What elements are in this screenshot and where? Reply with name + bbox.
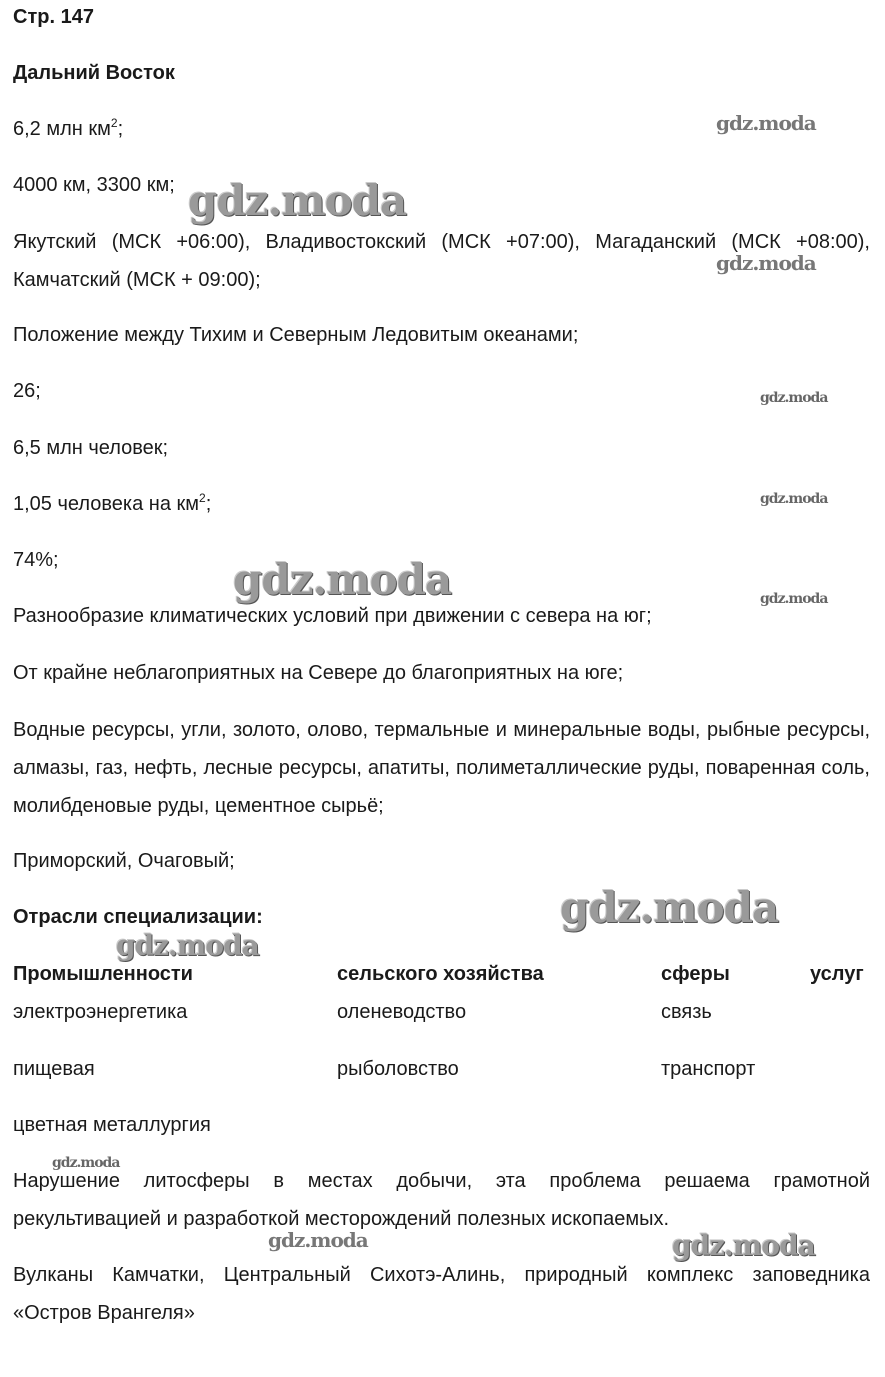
watermark: gdz.moda [760,591,827,607]
answer-position: Положение между Тихим и Северным Ледовит… [13,321,578,349]
answer-conditions: От крайне неблагоприятных на Севере до б… [13,659,623,687]
watermark: gdz.moda [760,390,827,406]
answer-subjects-count: 26; [13,377,41,405]
header-industry: Промышленности [13,960,193,988]
answer-area: 6,2 млн км2; [13,115,123,143]
watermark: gdz.moda [233,555,451,604]
answer-population: 6,5 млн человек; [13,434,168,462]
answer-sights: Вулканы Камчатки, Центральный Сихотэ-Али… [13,1256,870,1332]
table-cell: цветная металлургия [13,1111,211,1139]
answer-distances: 4000 км, 3300 км; [13,171,175,199]
answer-resources: Водные ресурсы, угли, золото, олово, тер… [13,711,870,825]
answer-climate: Разнообразие климатических условий при д… [13,602,652,630]
answer-time-zones: Якутский (МСК +06:00), Владивостокский (… [13,223,870,299]
section-heading: Дальний Восток [13,59,175,87]
watermark: gdz.moda [188,176,406,225]
answer-areas: Приморский, Очаговый; [13,847,235,875]
watermark: gdz.moda [716,111,816,135]
header-agriculture: сельского хозяйства [337,960,544,988]
watermark: gdz.moda [116,929,259,962]
specialization-title: Отрасли специализации: [13,903,263,931]
header-services-1: сферы [661,960,730,988]
table-cell: связь [661,998,712,1026]
table-cell: оленеводство [337,998,466,1026]
table-cell: транспорт [661,1055,755,1083]
answer-urban-share: 74%; [13,546,59,574]
table-cell: пищевая [13,1055,95,1083]
table-cell: электроэнергетика [13,998,187,1026]
watermark: gdz.moda [760,491,827,507]
header-services-2: услуг [810,960,864,988]
answer-problem: Нарушение литосферы в местах добычи, эта… [13,1162,870,1238]
watermark: gdz.moda [560,883,778,932]
table-cell: рыболовство [337,1055,459,1083]
answer-density: 1,05 человека на км2; [13,490,211,518]
page-label: Стр. 147 [13,3,94,31]
